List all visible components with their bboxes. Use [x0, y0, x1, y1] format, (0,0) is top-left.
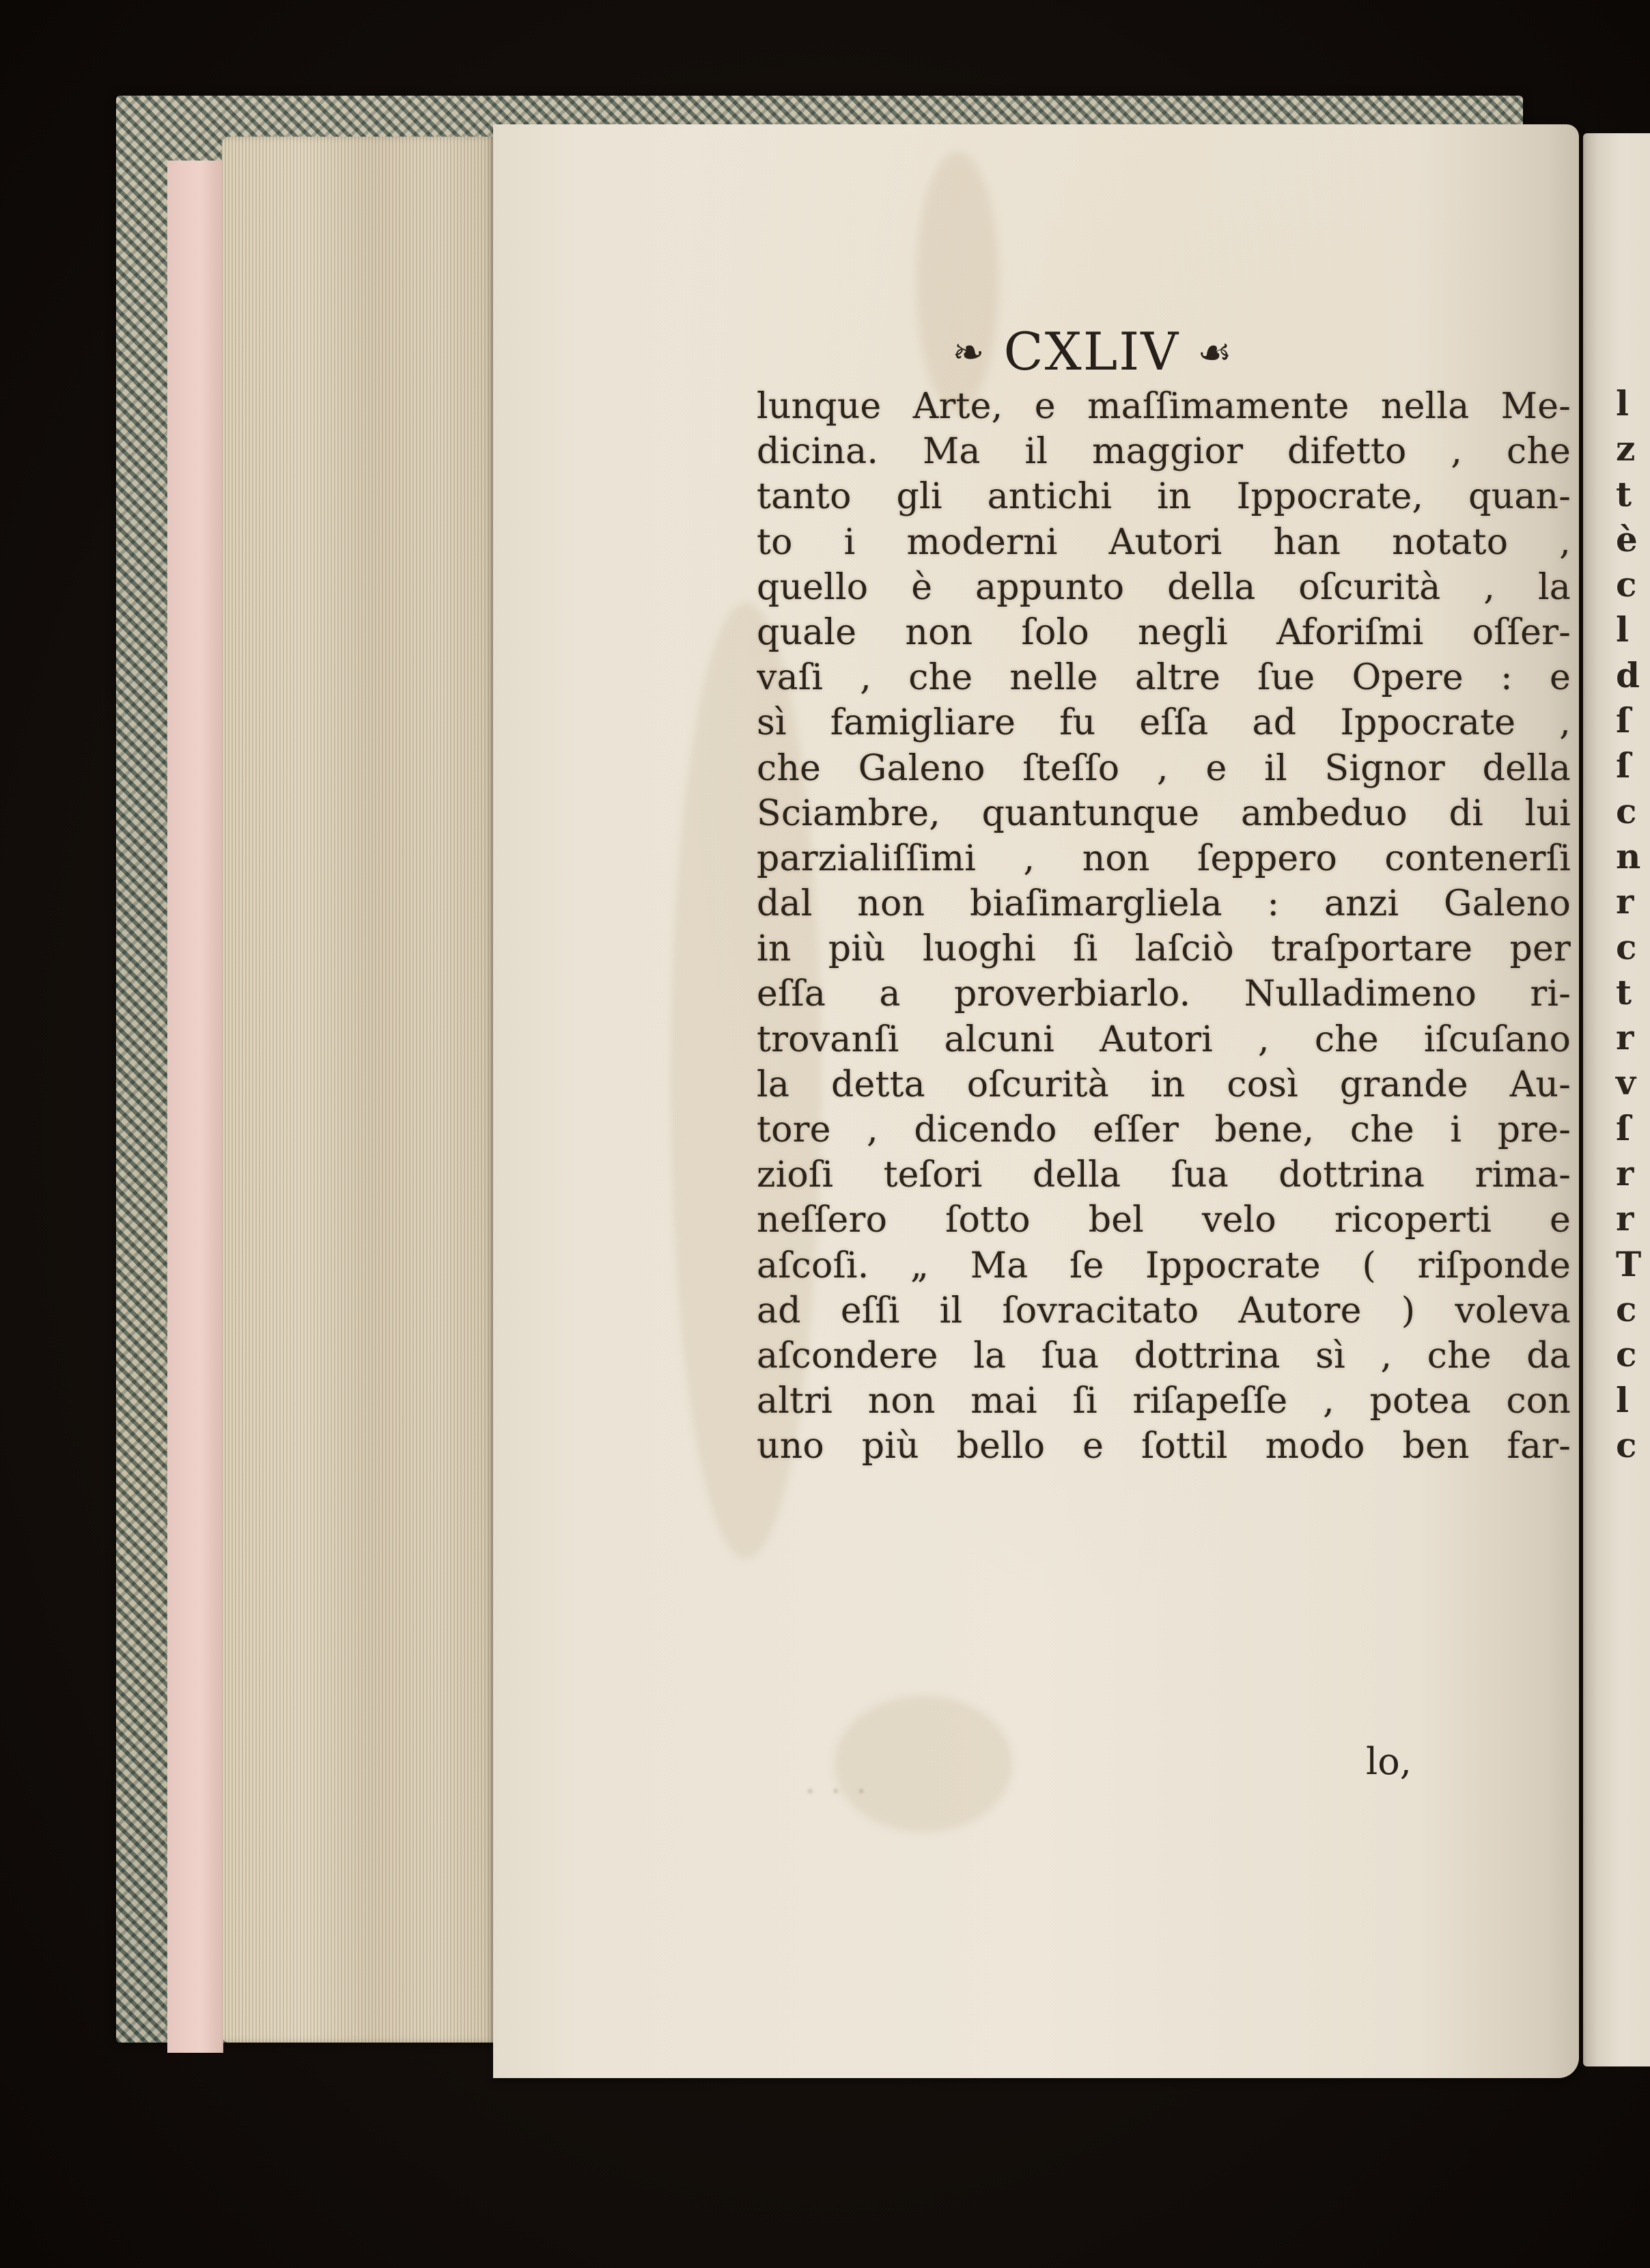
adjacent-page-letter-column: l z t è c l d ſ ſ c n r c t r v ſ r r T …: [1616, 381, 1650, 1468]
running-head: ❧ CXLIV ☙: [820, 321, 1366, 384]
right-fleuron-icon: ☙: [1197, 331, 1233, 375]
adjacent-letter: è: [1616, 517, 1650, 562]
text-line: to i moderni Autori han notato ,: [757, 520, 1571, 565]
adjacent-letter: l: [1616, 381, 1650, 426]
text-line: aſcoſi. „ Ma ſe Ippocrate ( riſponde: [757, 1243, 1571, 1288]
text-line: che Galeno ſteſſo , e il Signor della: [757, 746, 1571, 791]
text-line: zioſi teſori della ſua dottrina rima-: [757, 1152, 1571, 1198]
adjacent-letter: t: [1616, 970, 1650, 1015]
catchword: lo,: [1366, 1739, 1412, 1784]
text-line: aſcondere la ſua dottrina sì , che da: [757, 1333, 1571, 1379]
text-line: in più luoghi ſi laſciò traſportare per: [757, 926, 1571, 971]
foxing-stain: [835, 1696, 1012, 1832]
adjacent-letter: z: [1616, 426, 1650, 471]
page-number: CXLIV: [1004, 321, 1180, 382]
adjacent-letter: c: [1616, 562, 1650, 607]
adjacent-letter: c: [1616, 925, 1650, 970]
text-line: eſſa a proverbiarlo. Nulladimeno ri-: [757, 971, 1571, 1017]
text-line: Sciambre, quantunque ambeduo di lui: [757, 791, 1571, 836]
adjacent-letter: r: [1616, 1196, 1650, 1241]
adjacent-letter: l: [1616, 1378, 1650, 1423]
text-line: lunque Arte, e maſſimamente nella Me-: [757, 384, 1571, 429]
text-line: trovanſi alcuni Autori , che iſcuſano: [757, 1017, 1571, 1062]
adjacent-letter: c: [1616, 1423, 1650, 1468]
adjacent-letter: ſ: [1616, 743, 1650, 788]
left-fleuron-icon: ❧: [952, 331, 985, 375]
body-text-block: lunque Arte, e maſſimamente nella Me- di…: [757, 384, 1571, 1469]
adjacent-letter: v: [1616, 1060, 1650, 1105]
text-line: tore , dicendo eſſer bene, che i pre-: [757, 1107, 1571, 1152]
adjacent-letter: c: [1616, 1287, 1650, 1332]
text-line: neſſero ſotto bel velo ricoperti e: [757, 1198, 1571, 1243]
text-line: parzialiſſimi , non ſeppero contenerſi: [757, 836, 1571, 881]
adjacent-letter: r: [1616, 1151, 1650, 1196]
adjacent-letter: T: [1616, 1242, 1650, 1287]
pink-endpaper: [167, 161, 223, 2053]
adjacent-letter: c: [1616, 789, 1650, 834]
adjacent-letter: t: [1616, 472, 1650, 517]
text-line: vaſi , che nelle altre ſue Opere : e: [757, 655, 1571, 700]
adjacent-letter: c: [1616, 1332, 1650, 1377]
text-line: la detta oſcurità in così grande Au-: [757, 1062, 1571, 1107]
text-line: sì famigliare fu eſſa ad Ippocrate ,: [757, 700, 1571, 745]
adjacent-letter: n: [1616, 834, 1650, 879]
text-line: quello è appunto della oſcurità , la: [757, 565, 1571, 610]
adjacent-letter: r: [1616, 879, 1650, 924]
text-line: altri non mai ſi riſapeſſe , potea con: [757, 1379, 1571, 1424]
adjacent-letter: l: [1616, 607, 1650, 652]
text-line: ad eſſi il ſovracitato Autore ) voleva: [757, 1288, 1571, 1333]
text-line: uno più bello e ſottil modo ben far-: [757, 1424, 1571, 1469]
adjacent-letter: d: [1616, 653, 1650, 698]
text-line: dicina. Ma il maggior difetto , che: [757, 429, 1571, 474]
adjacent-letter: r: [1616, 1015, 1650, 1060]
text-line: dal non biaſimargliela : anzi Galeno: [757, 881, 1571, 926]
adjacent-letter: ſ: [1616, 698, 1650, 743]
adjacent-letter: ſ: [1616, 1106, 1650, 1151]
text-line: quale non ſolo negli Aforiſmi oſſer-: [757, 610, 1571, 655]
text-line: tanto gli antichi in Ippocrate, quan-: [757, 474, 1571, 519]
fore-edge-page-stack: [222, 137, 495, 2043]
bleed-through-marks: · · ·: [806, 1776, 870, 1808]
